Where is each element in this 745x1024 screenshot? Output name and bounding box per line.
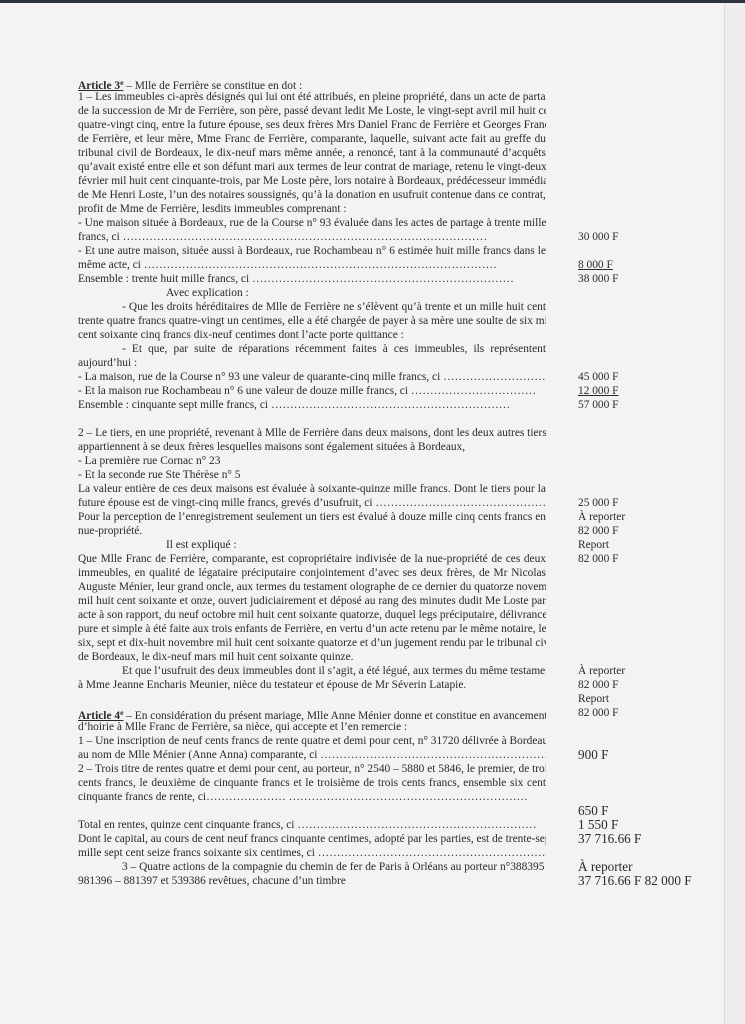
margin-amount: 82 000 F <box>578 678 619 692</box>
ensemble2-line: Ensemble : cinquante sept mille francs, … <box>78 398 546 412</box>
p2-line: appartiennent à se deux frères lesquelle… <box>78 440 546 454</box>
item3-line: 981396 – 881397 et 539386 revêtues, chac… <box>78 874 546 888</box>
margin-amount: 82 000 F <box>578 706 619 720</box>
paragraph-line: 1 – Les immeubles ci-après désignés qui … <box>78 90 546 104</box>
item1-line: 1 – Une inscription de neuf cents francs… <box>78 734 546 748</box>
copropriete-line: mil huit cent soixante et onze, ouvert j… <box>78 594 546 608</box>
item1-amount: 900 F <box>578 748 608 762</box>
paragraph-line: profit de Mme de Ferrière, lesdits immeu… <box>78 202 546 216</box>
maison2-line: - Et une autre maison, située aussi à Bo… <box>78 244 546 258</box>
paragraph-line: tribunal civil de Bordeaux, le dix-neuf … <box>78 146 546 160</box>
copropriete-line: six, sept et dix-huit novembre mil huit … <box>78 636 546 650</box>
droits-line: - Que les droits héréditaires de Mlle de… <box>78 300 546 314</box>
margin-report: Report <box>578 538 609 552</box>
droits-line: trente quatre francs quatre-vingt un cen… <box>78 314 546 328</box>
valeur1-line: - La maison, rue de la Course n° 93 une … <box>78 370 546 384</box>
margin-a-reporter: À reporter <box>578 510 625 524</box>
margin-amount: 82 000 F <box>578 524 619 538</box>
scan-edge-right <box>725 3 745 1024</box>
paragraph-line: qu’avait existé entre elle et son défunt… <box>78 160 546 174</box>
maison2-leader: même acte, ci ……………………………………………………………………… <box>78 258 546 272</box>
il-est-explique: Il est expliqué : <box>78 538 546 552</box>
tiers-line: future épouse est de vingt-cinq mille fr… <box>78 496 546 510</box>
total-line: Total en rentes, quinze cent cinquante f… <box>78 818 546 832</box>
ensemble1-line: Ensemble : trente huit mille francs, ci … <box>78 272 546 286</box>
margin-report: Report <box>578 692 609 706</box>
maison2-amount: 8 000 F <box>578 258 613 272</box>
maison1-leader: francs, ci ……………………………………………………………………………… <box>78 230 546 244</box>
capital-amount: 37 716.66 F <box>578 832 641 846</box>
item3-line: 3 – Quatre actions de la compagnie du ch… <box>78 860 546 874</box>
final-amount: 37 716.66 F 82 000 F <box>578 874 692 888</box>
avec-explication: Avec explication : <box>78 286 546 300</box>
item1-line: au nom de Mlle Ménier (Anne Anna) compar… <box>78 748 546 762</box>
paragraph-line: quatre-vingt cinq, entre la future épous… <box>78 118 546 132</box>
usufruit-line: à Mme Jeanne Encharis Meunier, nièce du … <box>78 678 546 692</box>
item2-line: cinquante francs de rente, ci………………… ………… <box>78 790 546 804</box>
notarial-document: Article 3e – Mlle de Ferrière se constit… <box>78 76 728 888</box>
margin-a-reporter: À reporter <box>578 664 625 678</box>
valeur1-amount: 45 000 F <box>578 370 619 384</box>
perception-line: Pour la perception de l’enregistrement s… <box>78 510 546 524</box>
p2-line: - Et la seconde rue Ste Thérèse n° 5 <box>78 468 546 482</box>
item2-line: cents francs, le deuxième de cinquante f… <box>78 776 546 790</box>
copropriete-line: Que Mlle Franc de Ferrière, comparante, … <box>78 552 546 566</box>
maison1-line: - Une maison située à Bordeaux, rue de l… <box>78 216 546 230</box>
copropriete-line: Auguste Ménier, leur grand oncle, aux te… <box>78 580 546 594</box>
perception-line: nue-propriété. <box>78 524 546 538</box>
ensemble1-amount: 38 000 F <box>578 272 619 286</box>
paragraph-line: de la succession de Mr de Ferrière, son … <box>78 104 546 118</box>
capital-line: Dont le capital, au cours de cent neuf f… <box>78 832 546 846</box>
article4-intro: d’hoirie à Mlle Franc de Ferrière, sa ni… <box>78 720 546 734</box>
item2-line: 2 – Trois titre de rentes quatre et demi… <box>78 762 546 776</box>
copropriete-line: immeubles, en qualité de légataire préci… <box>78 566 546 580</box>
ensemble2-amount: 57 000 F <box>578 398 619 412</box>
reparations-line: - Et que, par suite de réparations récem… <box>78 342 546 356</box>
p2-line: 2 – Le tiers, en une propriété, revenant… <box>78 426 546 440</box>
item2-amount: 650 F <box>578 804 608 818</box>
maison1-amount: 30 000 F <box>578 230 619 244</box>
article3-heading-row: Article 3e – Mlle de Ferrière se constit… <box>78 76 728 90</box>
margin-amount: 82 000 F <box>578 552 619 566</box>
paragraph-line: de Me Henri Loste, l’un des notaires sou… <box>78 188 546 202</box>
copropriete-line: acte à son rapport, du neuf octobre mil … <box>78 608 546 622</box>
tiers-amount: 25 000 F <box>578 496 619 510</box>
valeur2-amount: 12 000 F <box>578 384 619 398</box>
paragraph-line: de Ferrière, et leur mère, Mme Franc de … <box>78 132 546 146</box>
p2-line: La valeur entière de ces deux maisons es… <box>78 482 546 496</box>
usufruit-line: Et que l’usufruit des deux immeubles don… <box>78 664 546 678</box>
item3-a-reporter: À reporter <box>578 860 633 874</box>
p2-line: - La première rue Cornac n° 23 <box>78 454 546 468</box>
total-amount: 1 550 F <box>578 818 618 832</box>
valeur2-line: - Et la maison rue Rochambeau n° 6 une v… <box>78 384 546 398</box>
reparations-line: aujourd’hui : <box>78 356 546 370</box>
capital-line: mille sept cent seize francs soixante si… <box>78 846 546 860</box>
copropriete-line: pure et simple à été faite aux trois enf… <box>78 622 546 636</box>
copropriete-line: de Bordeaux, le dix-neuf mars mil huit c… <box>78 650 546 664</box>
paragraph-line: février mil huit cent cinquante-trois, p… <box>78 174 546 188</box>
droits-line: cent soixante cinq francs dix-neuf centi… <box>78 328 546 342</box>
